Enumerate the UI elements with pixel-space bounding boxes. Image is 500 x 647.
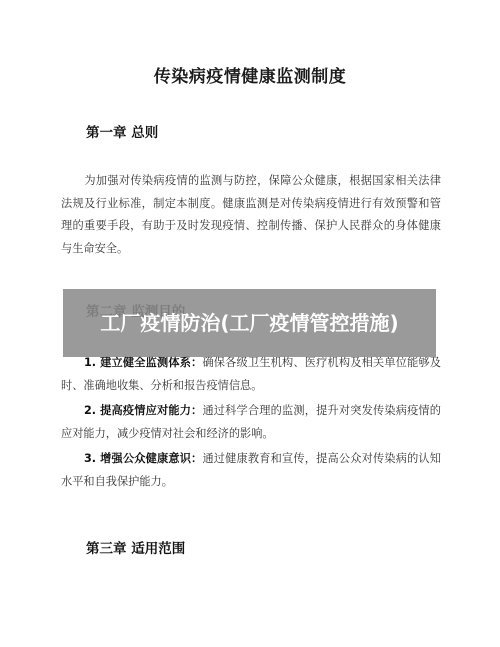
chapter-2-item-1: 1. 建立健全监测体系：确保各级卫生机构、医疗机构及相关单位能够及时、准确地收集… (61, 352, 441, 397)
chapter-3-heading: 第三章 适用范围 (86, 537, 185, 557)
item-3-label: 3. 增强公众健康意识： (84, 452, 202, 465)
item-2-label: 2. 提高疫情应对能力： (84, 404, 202, 417)
chapter-2-item-2: 2. 提高疫情应对能力：通过科学合理的监测，提升对突发传染病疫情的应对能力，减少… (61, 400, 441, 445)
document-page: 传染病疫情健康监测制度 第一章 总则 为加强对传染病疫情的监测与防控，保障公众健… (0, 0, 500, 647)
chapter-1-text: 为加强对传染病疫情的监测与防控，保障公众健康，根据国家相关法律法规及行业标准，制… (61, 174, 441, 255)
overlay-title: 工厂疫情防治(工厂疫情管控措施) (80, 310, 420, 337)
item-1-label: 1. 建立健全监测体系： (84, 356, 202, 369)
chapter-1-heading: 第一章 总则 (86, 121, 158, 141)
document-title: 传染病疫情健康监测制度 (0, 62, 500, 87)
title-overlay-banner: 工厂疫情防治(工厂疫情管控措施) (63, 289, 436, 357)
chapter-1-paragraph: 为加强对传染病疫情的监测与防控，保障公众健康，根据国家相关法律法规及行业标准，制… (61, 170, 441, 260)
chapter-2-item-3: 3. 增强公众健康意识：通过健康教育和宣传，提高公众对传染病的认知水平和自我保护… (61, 448, 441, 493)
